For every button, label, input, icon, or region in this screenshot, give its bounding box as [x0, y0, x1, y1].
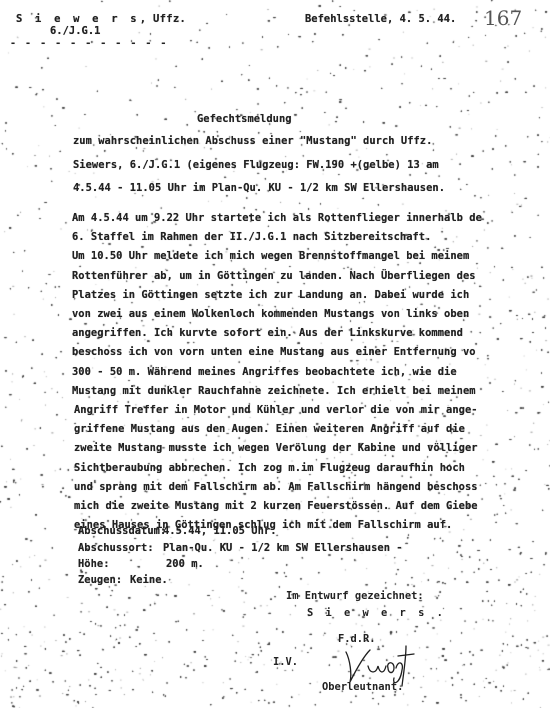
sender-name: S i e w e r s, Uffz. [16, 13, 186, 25]
body-line: von zwei aus einem Wolkenloch kommenden … [72, 308, 469, 320]
signer-rank: Oberleutnant. [322, 681, 403, 693]
body-line: beschoss ich von vorn unten eine Mustang… [72, 346, 476, 358]
iv-mark: I.V. [273, 656, 298, 668]
draft-signer-name: S i e w e r s . [307, 607, 446, 619]
summary-label: Zeugen: [78, 574, 122, 586]
body-line: griffene Mustang aus den Augen. Einen we… [74, 423, 465, 435]
body-line: Rottenführer ab, um in Göttingen zu land… [72, 270, 476, 282]
sender-unit: 6./J.G.1 [50, 25, 100, 37]
summary-label: Höhe: [78, 558, 110, 570]
subject-line: Siewers, 6./J.G.1 (eigenes Flugzeug: FW.… [73, 159, 439, 171]
place-date: Befehlsstelle, 4. 5. 44. [305, 13, 456, 25]
body-line: Angriff Treffer in Motor und Kühler und … [74, 404, 478, 416]
summary-value: 200 m. [166, 558, 204, 570]
summary-value: Keine. [130, 574, 168, 586]
summary-value: Plan-Qu. KU - 1/2 km SW Ellershausen - [163, 542, 403, 554]
body-line: Um 10.50 Uhr meldete ich mich wegen Bren… [72, 250, 469, 262]
body-line: angegriffen. Ich kurvte sofort ein. Aus … [72, 327, 463, 339]
summary-label: Abschussort: [78, 542, 154, 554]
summary-label: Abschussdatum: [78, 525, 166, 537]
body-line: und sprang mit dem Fallschirm ab. Am Fal… [74, 481, 478, 493]
sender-rank: , Uffz. [140, 13, 186, 25]
sender-name-text: S i e w e r s [16, 13, 140, 25]
summary-value: 4.5.44, 11.05 Uhr. [163, 525, 277, 537]
body-line: 6. Staffel im Rahmen der II./J.G.1 nach … [72, 231, 431, 243]
subject-line: zum wahrscheinlichen Abschuss einer "Mus… [73, 135, 432, 147]
document-page: S i e w e r s, Uffz. 6./J.G.1 - - - - - … [0, 0, 550, 708]
report-title: Gefechtsmeldung [197, 113, 292, 125]
body-line: Am 4.5.44 um 9.22 Uhr startete ich als R… [72, 212, 482, 224]
body-line: 300 - 50 m. Während meines Angriffes beo… [72, 366, 457, 378]
body-line: Sichtberaubung abbrechen. Ich zog m.im F… [74, 462, 465, 474]
body-line: mich die zweite Mustang mit 2 kurzen Feu… [74, 500, 478, 512]
subject-line: 4.5.44 - 11.05 Uhr im Plan-Qu. KU - 1/2 … [73, 182, 445, 194]
body-line: Platzes in Göttingen setzte ich zur Land… [72, 289, 469, 301]
folio-number: 167 [484, 6, 522, 30]
sender-underline-rule: - - - - - - - - - - - [10, 38, 168, 49]
draft-signed-note: Im Entwurf gezeichnet: [286, 590, 424, 602]
body-line: zweite Mustang musste ich wegen Verölung… [74, 442, 478, 454]
body-line: Mustang mit dunkler Rauchfahne zeichnete… [72, 385, 476, 397]
